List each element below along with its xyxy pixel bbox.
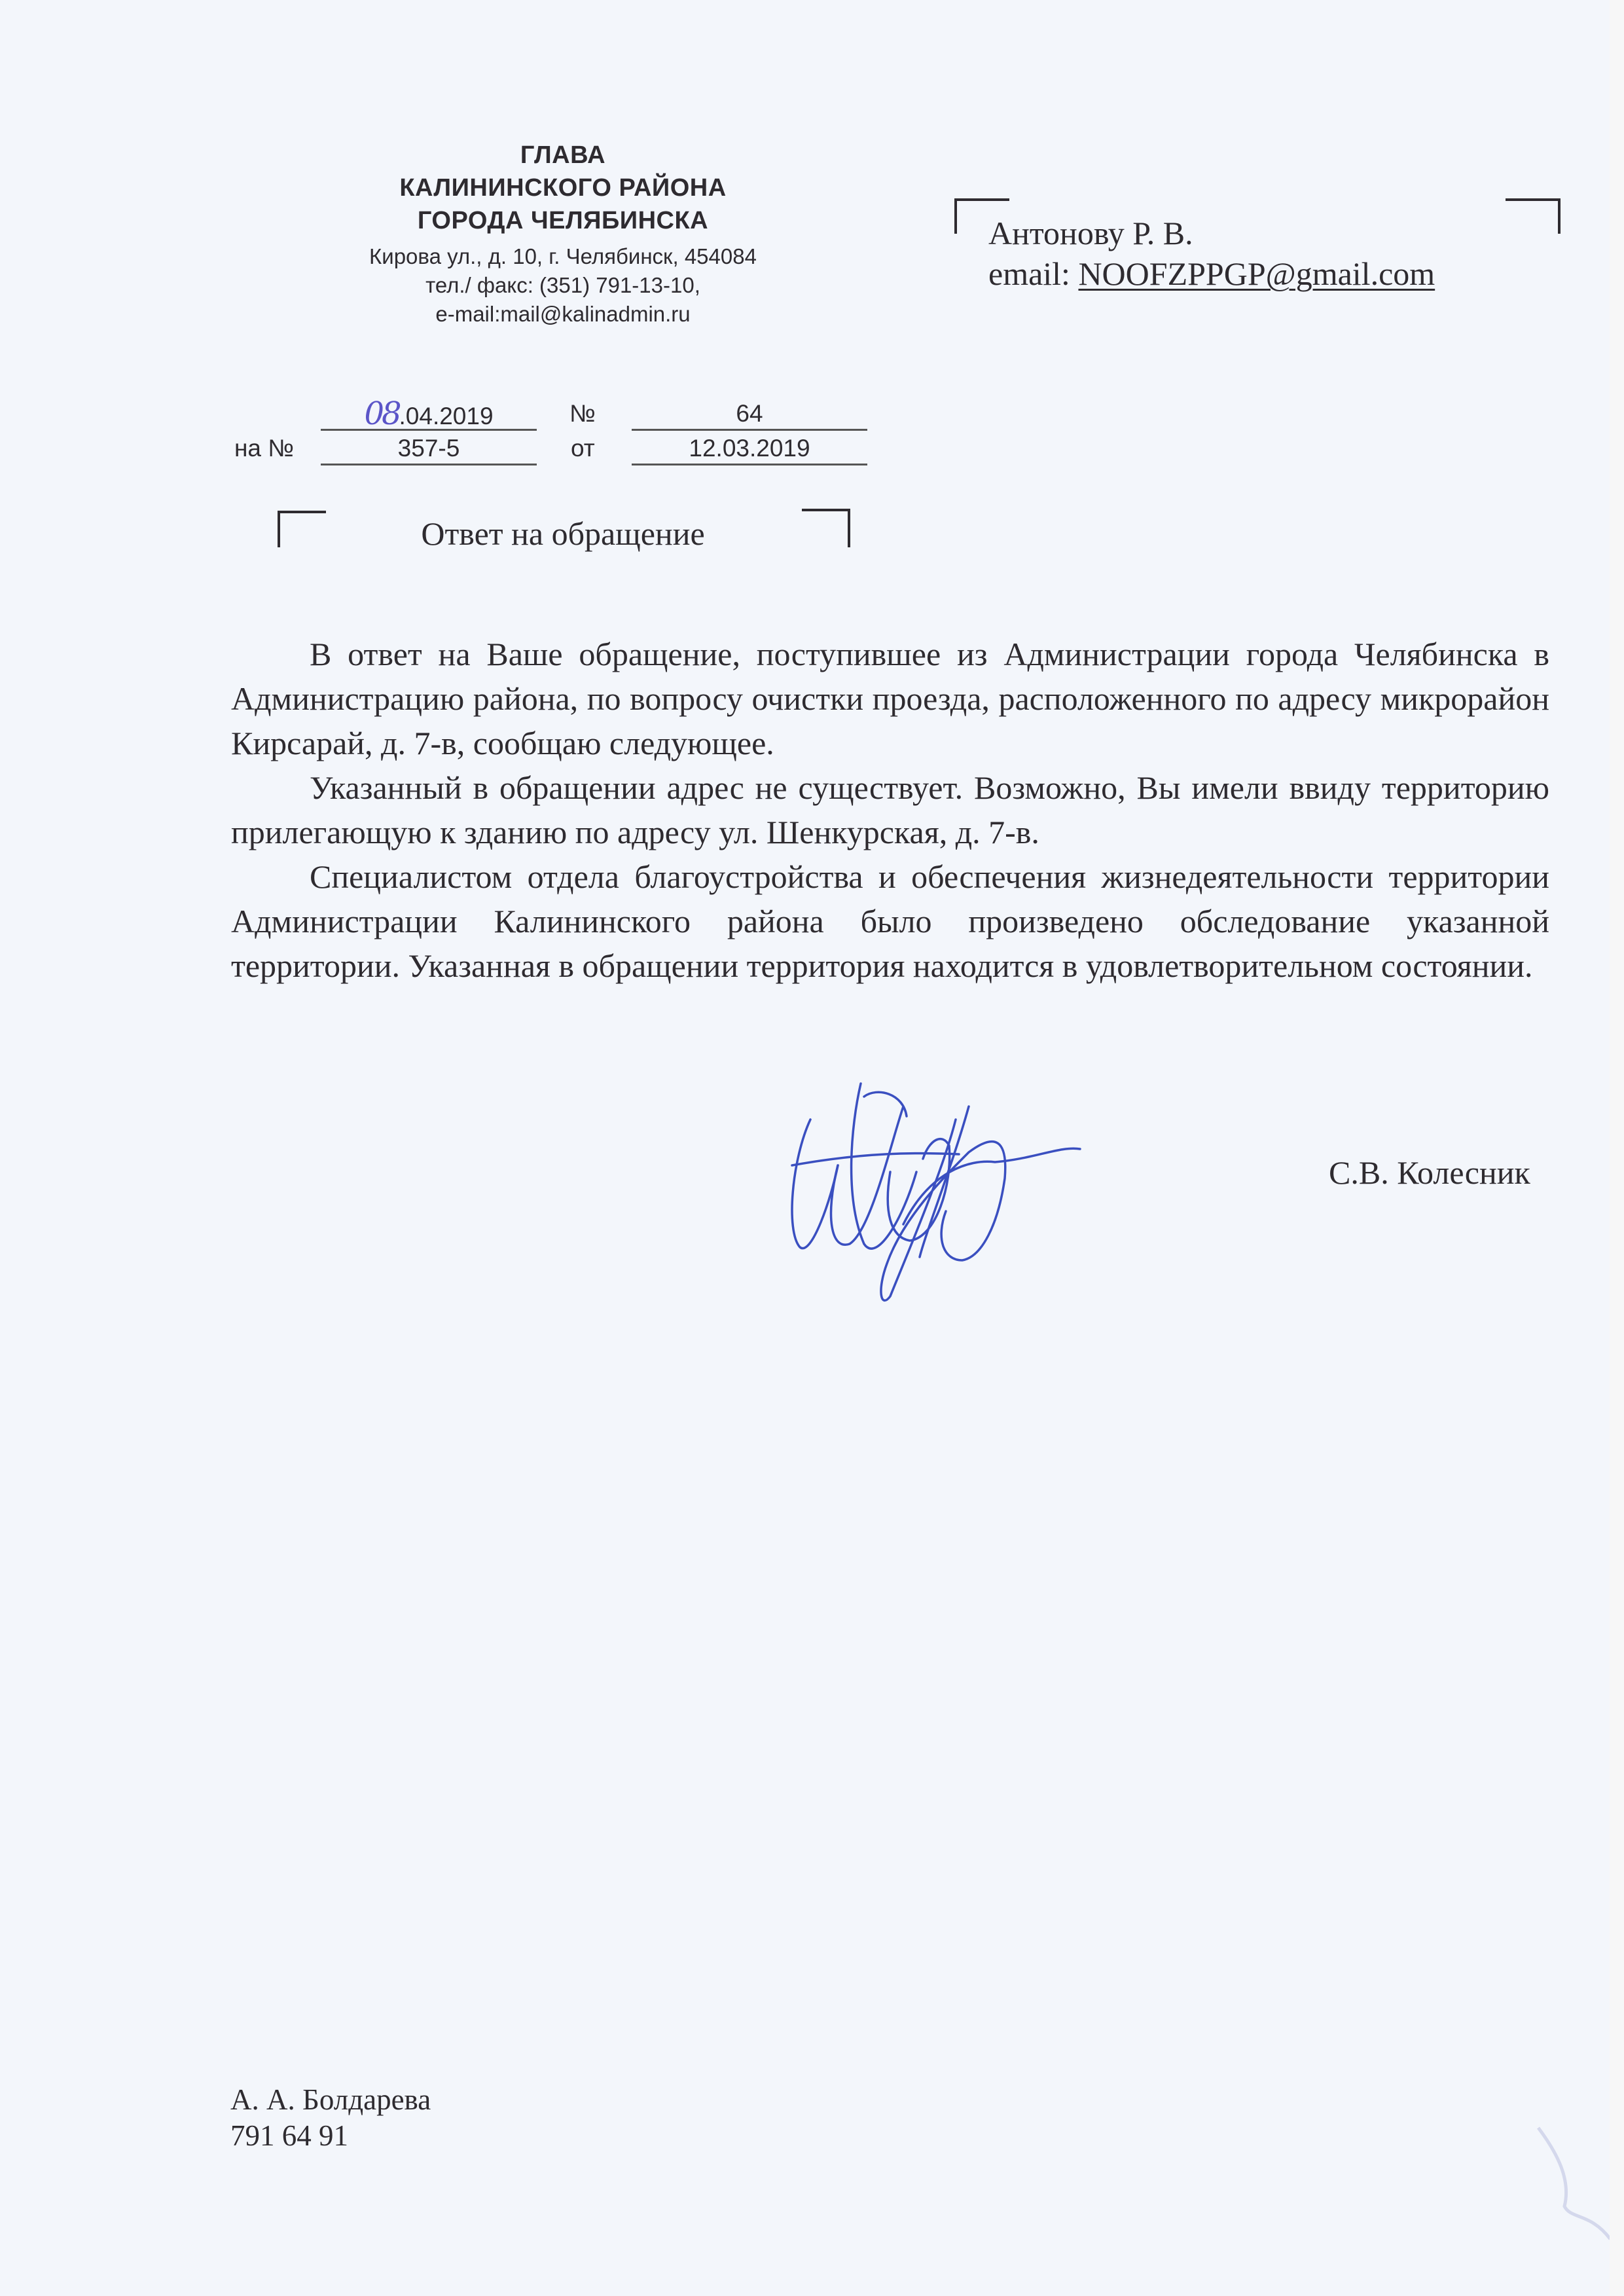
recipient-corner-top-right bbox=[1506, 198, 1561, 234]
outgoing-date-rest: .04.2019 bbox=[399, 403, 494, 429]
outgoing-number-field: 64 bbox=[632, 399, 867, 431]
executor-block: А. А. Болдарева 791 64 91 bbox=[230, 2082, 431, 2154]
handwritten-signature-icon bbox=[772, 1067, 1198, 1316]
outgoing-number-label: № bbox=[569, 399, 596, 429]
outgoing-date-field: 08.04.2019 bbox=[321, 399, 537, 431]
letterhead-phone: тел./ факс: (351) 791-13-10, bbox=[308, 271, 818, 300]
recipient-email-label: email: bbox=[988, 255, 1078, 292]
reference-number-label: на № bbox=[234, 433, 294, 464]
scan-edge bbox=[1610, 0, 1624, 2296]
recipient-name: Антонову Р. В. bbox=[988, 213, 1435, 253]
letterhead-title-line-1: ГЛАВА bbox=[308, 139, 818, 172]
subject-line: Ответ на обращение bbox=[275, 504, 851, 563]
recipient-email-link[interactable]: NOOFZPPGP@gmail.com bbox=[1078, 255, 1435, 292]
letterhead: ГЛАВА КАЛИНИНСКОГО РАЙОНА ГОРОДА ЧЕЛЯБИН… bbox=[308, 139, 818, 329]
handwritten-day: 08 bbox=[364, 395, 399, 432]
reference-number-field: 357-5 bbox=[321, 433, 537, 465]
signer-name: С.В. Колесник bbox=[1329, 1154, 1530, 1192]
letter-body: В ответ на Ваше обращение, поступившее и… bbox=[231, 632, 1549, 988]
executor-phone: 791 64 91 bbox=[230, 2118, 431, 2154]
reference-date-field: 12.03.2019 bbox=[632, 433, 867, 465]
body-paragraph-1: В ответ на Ваше обращение, поступившее и… bbox=[231, 632, 1549, 765]
reference-from-label: от bbox=[571, 433, 595, 464]
letterhead-title-line-3: ГОРОДА ЧЕЛЯБИНСКА bbox=[308, 204, 818, 237]
executor-name: А. А. Болдарева bbox=[230, 2082, 431, 2118]
body-paragraph-2: Указанный в обращении адрес не существуе… bbox=[231, 765, 1549, 854]
letterhead-address: Кирова ул., д. 10, г. Челябинск, 454084 bbox=[308, 242, 818, 271]
recipient-email-line: email: NOOFZPPGP@gmail.com bbox=[988, 253, 1435, 294]
letterhead-title-line-2: КАЛИНИНСКОГО РАЙОНА bbox=[308, 172, 818, 204]
recipient-block: Антонову Р. В. email: NOOFZPPGP@gmail.co… bbox=[988, 213, 1435, 294]
letterhead-email: e-mail:mail@kalinadmin.ru bbox=[308, 300, 818, 329]
body-paragraph-3: Специалистом отдела благоустройства и об… bbox=[231, 854, 1549, 988]
